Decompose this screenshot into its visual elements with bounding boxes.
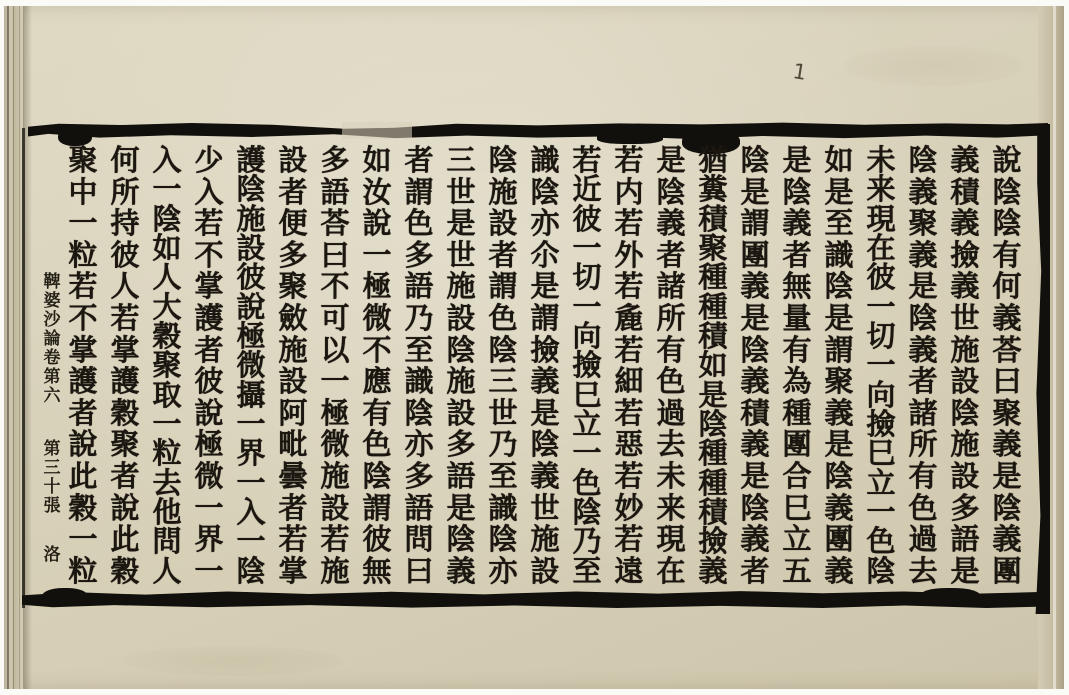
glyph: 陰 (530, 430, 559, 459)
glyph: 若 (110, 304, 139, 333)
glyph: 至 (404, 336, 433, 365)
glyph: 種 (698, 439, 727, 468)
glyph: 陰 (740, 146, 769, 175)
glyph: 一 (572, 234, 601, 263)
glyph: 世 (530, 494, 559, 523)
glyph: 尒 (530, 241, 559, 270)
glyph: 者 (782, 241, 811, 270)
glyph: 如 (824, 146, 853, 175)
glyph: 有 (782, 336, 811, 365)
glyph: 說 (362, 209, 391, 238)
glyph: 掌 (194, 272, 223, 301)
glyph: 入 (194, 178, 223, 207)
glyph: 義 (740, 272, 769, 301)
glyph: 說 (194, 399, 223, 428)
glyph: 說 (992, 146, 1021, 175)
glyph: 微 (320, 430, 349, 459)
glyph: 施 (446, 272, 475, 301)
glyph: 粒 (68, 241, 97, 270)
glyph: 積 (950, 178, 979, 207)
scan-background: 1 說陰陰有何義荅曰聚義是陰義團義積義撿義世施設陰施設多語是陰義聚義是陰義者諸所… (0, 0, 1069, 695)
glyph: 陰 (488, 525, 517, 554)
glyph: 識 (488, 494, 517, 523)
glyph: 說 (110, 494, 139, 523)
glyph: 極 (236, 322, 265, 351)
glyph: 若 (194, 209, 223, 238)
glyph: 未 (656, 462, 685, 491)
glyph: 謂 (740, 209, 769, 238)
text-column: 聚中一粒若不掌護者說此穀一粒 (62, 146, 104, 586)
glyph: 無 (782, 272, 811, 301)
text-column: 未来現在彼一切一向撿巳立一色陰 (860, 146, 902, 586)
glyph: 施 (278, 336, 307, 365)
glyph: 極 (362, 272, 391, 301)
glyph: 語 (404, 272, 433, 301)
glyph: 至 (488, 462, 517, 491)
text-column: 少入若不掌護者彼說極微一界一 (188, 146, 230, 586)
glyph: 陰 (236, 175, 265, 204)
glyph: 識 (824, 241, 853, 270)
glyph: 施 (320, 557, 349, 586)
glyph: 色 (572, 469, 601, 498)
glyph: 向 (572, 322, 601, 351)
glyph: 多 (446, 430, 475, 459)
glyph: 若 (614, 399, 643, 428)
text-column: 識陰亦尒是謂撿義是陰義世施設 (524, 146, 566, 586)
book-spine-edge (4, 6, 24, 689)
glyph: 微 (194, 462, 223, 491)
glyph: 不 (68, 304, 97, 333)
glyph: 阿 (278, 399, 307, 428)
glyph: 義 (992, 525, 1021, 554)
glyph: 多 (278, 241, 307, 270)
glyph: 斂 (278, 304, 307, 333)
glyph: 一 (236, 469, 265, 498)
glyph: 巳 (572, 381, 601, 410)
frame-bottom-border (22, 590, 1048, 608)
glyph: 立 (572, 410, 601, 439)
glyph: 妙 (614, 494, 643, 523)
glyph: 義 (908, 178, 937, 207)
glyph: 未 (866, 146, 895, 175)
glyph: 世 (446, 241, 475, 270)
glyph: 合 (782, 462, 811, 491)
glyph: 巳 (782, 494, 811, 523)
glyph: 義 (530, 367, 559, 396)
glyph: 者 (194, 336, 223, 365)
glyph: 過 (908, 525, 937, 554)
glyph: 義 (950, 209, 979, 238)
glyph: 糞 (698, 175, 727, 204)
glyph: 種 (698, 469, 727, 498)
glyph: 者 (404, 146, 433, 175)
glyph: 所 (908, 430, 937, 459)
text-column: 如汝說一極微不應有色陰謂彼無 (356, 146, 398, 586)
glyph: 彼 (194, 367, 223, 396)
glyph: 去 (152, 469, 181, 498)
glyph: 少 (194, 146, 223, 175)
glyph: 来 (656, 494, 685, 523)
glyph: 猶 (698, 146, 727, 175)
glyph: 陰 (488, 336, 517, 365)
text-column: 是陰義者諸所有色過去未来現在 (650, 146, 692, 586)
glyph: 世 (950, 304, 979, 333)
glyph: 一 (362, 241, 391, 270)
glyph: 種 (698, 263, 727, 292)
glyph: 陰 (740, 494, 769, 523)
glyph: 識 (530, 146, 559, 175)
glyph: 陰 (236, 557, 265, 586)
glyph: 陰 (992, 209, 1021, 238)
glyph: 是 (656, 146, 685, 175)
text-column: 護陰施設彼說極微攝一界一入一陰 (230, 146, 272, 586)
glyph: 毗 (278, 430, 307, 459)
glyph: 聚 (68, 146, 97, 175)
glyph: 設 (488, 209, 517, 238)
glyph: 團 (824, 525, 853, 554)
glyph: 切 (866, 322, 895, 351)
glyph: 諸 (656, 272, 685, 301)
glyph: 施 (950, 336, 979, 365)
glyph: 内 (614, 178, 643, 207)
glyph: 是 (950, 557, 979, 586)
glyph: 荅 (992, 336, 1021, 365)
glyph: 義 (446, 557, 475, 586)
frame-top-border (28, 122, 1048, 139)
glyph: 三 (488, 367, 517, 396)
glyph: 不 (362, 336, 391, 365)
glyph: 設 (320, 494, 349, 523)
glyph: 此 (110, 525, 139, 554)
glyph: 陰 (698, 410, 727, 439)
glyph: 是 (530, 272, 559, 301)
glyph: 團 (992, 557, 1021, 586)
glyph: 是 (824, 430, 853, 459)
glyph: 現 (866, 205, 895, 234)
glyph: 陰 (908, 304, 937, 333)
glyph: 是 (740, 178, 769, 207)
glyph: 持 (110, 209, 139, 238)
glyph: 外 (614, 241, 643, 270)
glyph: 若 (572, 146, 601, 175)
glyph: 問 (404, 525, 433, 554)
glyph: 義 (740, 367, 769, 396)
glyph: 設 (236, 234, 265, 263)
glyph: 取 (152, 381, 181, 410)
glyph: 一 (866, 293, 895, 322)
glyph: 微 (362, 304, 391, 333)
glyph: 語 (404, 494, 433, 523)
glyph: 語 (446, 462, 475, 491)
frame-right-border (1034, 124, 1050, 614)
glyph: 多 (950, 494, 979, 523)
sheet-number: 第三十張 (41, 439, 58, 515)
glyph: 如 (698, 351, 727, 380)
glyph: 是 (908, 272, 937, 301)
glyph: 亦 (530, 209, 559, 238)
ink-blotch (42, 588, 88, 606)
glyph: 說 (236, 293, 265, 322)
glyph: 惡 (614, 430, 643, 459)
glyph: 陰 (488, 146, 517, 175)
glyph: 有 (908, 462, 937, 491)
glyph: 者 (110, 462, 139, 491)
text-column: 者謂色多語乃至識陰亦多語問曰 (398, 146, 440, 586)
glyph: 陰 (446, 525, 475, 554)
glyph: 人 (110, 272, 139, 301)
glyph: 穀 (68, 494, 97, 523)
glyph: 謂 (824, 336, 853, 365)
glyph: 是 (824, 304, 853, 333)
glyph: 世 (446, 178, 475, 207)
glyph: 積 (698, 322, 727, 351)
glyph: 謂 (362, 494, 391, 523)
glyph: 義 (698, 557, 727, 586)
glyph: 彼 (866, 263, 895, 292)
glyph: 現 (656, 525, 685, 554)
glyph: 陰 (572, 498, 601, 527)
margin-column: 鞞婆沙論卷第六 第三十張 洛 (36, 272, 62, 564)
glyph: 種 (782, 399, 811, 428)
glyph: 近 (572, 175, 601, 204)
glyph: 多 (320, 146, 349, 175)
glyph: 麁 (614, 304, 643, 333)
glyph: 至 (572, 557, 601, 586)
glyph: 粒 (152, 439, 181, 468)
glyph: 曇 (278, 462, 307, 491)
glyph: 施 (530, 525, 559, 554)
glyph: 多 (404, 462, 433, 491)
glyph: 荅 (320, 209, 349, 238)
glyph: 来 (866, 175, 895, 204)
glyph: 聚 (278, 272, 307, 301)
glyph: 是 (446, 209, 475, 238)
glyph: 諸 (908, 399, 937, 428)
glyph: 若 (614, 146, 643, 175)
glyph: 義 (740, 525, 769, 554)
glyph: 此 (68, 462, 97, 491)
glyph: 陰 (362, 462, 391, 491)
glyph: 若 (320, 525, 349, 554)
glyph: 謂 (404, 178, 433, 207)
glyph: 義 (824, 557, 853, 586)
glyph: 陰 (656, 178, 685, 207)
glyph: 中 (68, 178, 97, 207)
text-column: 入一陰如人大穀聚取一粒去他問人 (146, 146, 188, 586)
glyph: 攝 (236, 381, 265, 410)
glyph: 義 (992, 430, 1021, 459)
glyph: 曰 (320, 241, 349, 270)
glyph: 可 (320, 304, 349, 333)
glyph: 撿 (698, 527, 727, 556)
glyph: 在 (656, 557, 685, 586)
glyph: 若 (614, 525, 643, 554)
glyph: 撿 (950, 241, 979, 270)
glyph: 陰 (782, 178, 811, 207)
glyph: 彼 (572, 205, 601, 234)
glyph: 謂 (488, 272, 517, 301)
glyph: 汝 (362, 178, 391, 207)
text-column: 多語荅曰不可以一極微施設若施 (314, 146, 356, 586)
frame-wear-patch (342, 122, 412, 139)
glyph: 若 (68, 272, 97, 301)
glyph: 一 (152, 410, 181, 439)
glyph: 至 (824, 209, 853, 238)
glyph: 義 (950, 272, 979, 301)
glyph: 若 (614, 336, 643, 365)
glyph: 設 (278, 367, 307, 396)
handwritten-mark: 1 (791, 59, 808, 85)
glyph: 立 (782, 525, 811, 554)
glyph: 如 (362, 146, 391, 175)
glyph: 量 (782, 304, 811, 333)
glyph: 掌 (110, 336, 139, 365)
glyph: 亦 (404, 430, 433, 459)
glyph: 者 (488, 241, 517, 270)
glyph: 聚 (908, 209, 937, 238)
glyph: 若 (614, 462, 643, 491)
page: 1 說陰陰有何義荅曰聚義是陰義團義積義撿義世施設陰施設多語是陰義聚義是陰義者諸所… (4, 6, 1064, 689)
glyph: 一 (236, 410, 265, 439)
glyph: 義 (908, 336, 937, 365)
glyph: 是 (698, 381, 727, 410)
glyph: 施 (236, 205, 265, 234)
glyph: 設 (950, 367, 979, 396)
glyph: 色 (362, 430, 391, 459)
glyph: 一 (68, 209, 97, 238)
glyph: 陰 (404, 399, 433, 428)
glyph: 種 (698, 293, 727, 322)
glyph: 撿 (866, 410, 895, 439)
paper-stain (844, 46, 1024, 86)
glyph: 切 (572, 263, 601, 292)
glyph: 一 (572, 439, 601, 468)
glyph: 若 (614, 272, 643, 301)
glyph: 彼 (110, 241, 139, 270)
glyph: 曰 (404, 557, 433, 586)
glyph: 不 (320, 272, 349, 301)
glyph: 是 (824, 178, 853, 207)
text-column: 若近彼一切一向撿巳立一色陰乃至 (566, 146, 608, 586)
glyph: 問 (152, 527, 181, 556)
glyph: 大 (152, 293, 181, 322)
glyph: 義 (950, 146, 979, 175)
glyph: 穀 (110, 399, 139, 428)
glyph: 陰 (866, 557, 895, 586)
glyph: 去 (908, 557, 937, 586)
glyph: 細 (614, 367, 643, 396)
glyph: 色 (656, 367, 685, 396)
glyph: 陰 (152, 205, 181, 234)
glyph: 有 (656, 336, 685, 365)
glyph: 不 (194, 241, 223, 270)
glyph: 如 (152, 234, 181, 263)
glyph: 人 (152, 263, 181, 292)
glyph: 者 (740, 557, 769, 586)
glyph: 護 (110, 367, 139, 396)
text-column: 義積義撿義世施設陰施設多語是 (944, 146, 986, 586)
glyph: 世 (488, 399, 517, 428)
glyph: 設 (530, 557, 559, 586)
text-column: 三世是世施設陰施設多語是陰義 (440, 146, 482, 586)
text-column: 若内若外若麁若細若惡若妙若遠 (608, 146, 650, 586)
glyph: 一 (572, 293, 601, 322)
glyph: 語 (950, 525, 979, 554)
glyph: 一 (866, 498, 895, 527)
glyph: 施 (950, 430, 979, 459)
glyph: 陰 (950, 399, 979, 428)
glyph: 者 (278, 494, 307, 523)
glyph: 施 (320, 462, 349, 491)
glyph: 彼 (236, 263, 265, 292)
glyph: 陰 (446, 336, 475, 365)
glyph: 義 (908, 241, 937, 270)
glyph: 何 (110, 146, 139, 175)
glyph: 設 (950, 462, 979, 491)
glyph: 他 (152, 498, 181, 527)
glyph: 積 (740, 399, 769, 428)
glyph: 掌 (278, 557, 307, 586)
glyph: 施 (446, 367, 475, 396)
text-block: 說陰陰有何義荅曰聚義是陰義團義積義撿義世施設陰施設多語是陰義聚義是陰義者諸所有色… (30, 146, 1028, 586)
glyph: 義 (992, 304, 1021, 333)
glyph: 者 (68, 399, 97, 428)
text-column: 陰義聚義是陰義者諸所有色過去 (902, 146, 944, 586)
glyph: 彼 (362, 525, 391, 554)
glyph: 乃 (572, 527, 601, 556)
glyph: 以 (320, 336, 349, 365)
glyph: 一 (68, 525, 97, 554)
glyph: 是 (740, 304, 769, 333)
text-column: 設者便多聚斂施設阿毗曇者若掌 (272, 146, 314, 586)
glyph: 積 (698, 498, 727, 527)
glyph: 是 (530, 399, 559, 428)
text-column: 猶糞積聚種種積如是陰種種積撿義 (692, 146, 734, 586)
glyph: 者 (278, 178, 307, 207)
glyph: 微 (236, 351, 265, 380)
glyph: 是 (740, 462, 769, 491)
glyph: 色 (908, 494, 937, 523)
glyph: 陰 (824, 272, 853, 301)
glyph: 穀 (152, 322, 181, 351)
glyph: 乃 (488, 430, 517, 459)
glyph: 是 (992, 462, 1021, 491)
glyph: 團 (782, 430, 811, 459)
glyph: 一 (236, 527, 265, 556)
glyph: 積 (698, 205, 727, 234)
frame-left-border (22, 128, 25, 608)
glyph: 一 (194, 557, 223, 586)
text-column: 何所持彼人若掌護穀聚者說此穀 (104, 146, 146, 586)
glyph: 曰 (992, 367, 1021, 396)
collation-mark: 洛 (41, 545, 58, 564)
glyph: 多 (404, 241, 433, 270)
glyph: 乃 (404, 304, 433, 333)
glyph: 陰 (530, 178, 559, 207)
glyph: 義 (530, 462, 559, 491)
glyph: 一 (866, 351, 895, 380)
glyph: 護 (194, 304, 223, 333)
glyph: 有 (992, 241, 1021, 270)
glyph: 穀 (110, 557, 139, 586)
glyph: 界 (236, 439, 265, 468)
glyph: 三 (446, 146, 475, 175)
glyph: 五 (782, 557, 811, 586)
glyph: 團 (740, 241, 769, 270)
glyph: 人 (152, 557, 181, 586)
glyph: 陰 (740, 336, 769, 365)
glyph: 遠 (614, 557, 643, 586)
